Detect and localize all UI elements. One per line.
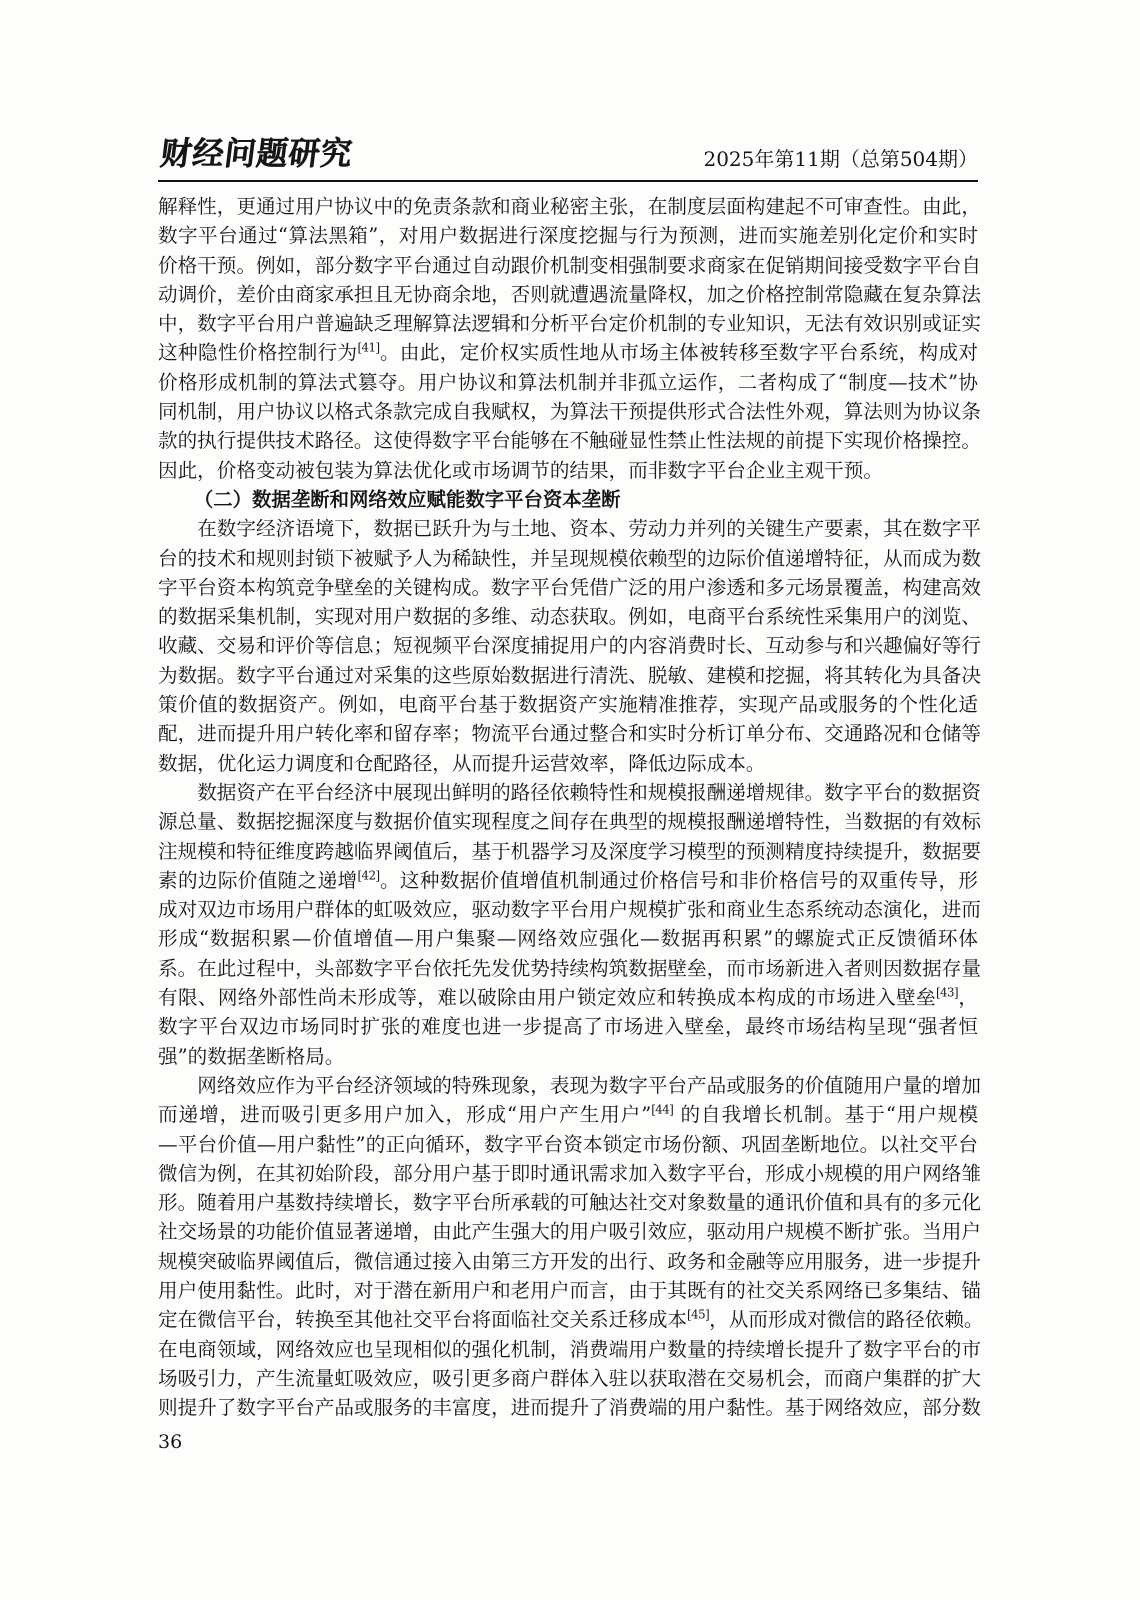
text-line: 收藏、交易和评价等信息；短视频平台深度捕捉用户的内容消费时长、互动参与和兴趣偏好… xyxy=(158,631,978,660)
text-line: 解释性，更通过用户协议中的免责条款和商业秘密主张，在制度层面构建起不可审查性。由… xyxy=(158,192,978,221)
text-line: 中，数字平台用户普遍缺乏理解算法逻辑和分析平台定价机制的专业知识，无法有效识别或… xyxy=(158,309,978,338)
text-line: 强”的数据垄断格局。 xyxy=(158,1042,978,1071)
text-line: —平台价值—用户黏性”的正向循环，数字平台资本锁定市场份额、巩固垄断地位。以社交… xyxy=(158,1130,978,1159)
text-line: 数据，优化运力调度和仓配路径，从而提升运营效率，降低边际成本。 xyxy=(158,749,978,778)
text-line: 形成“数据积累—价值增值—用户集聚—网络效应强化—数据再积累”的螺旋式正反馈循环… xyxy=(158,924,978,953)
text-line: 这种隐性价格控制行为[41]。由此，定价权实质性地从市场主体被转移至数字平台系统… xyxy=(158,338,978,367)
text-line: 价格干预。例如，部分数字平台通过自动跟价机制变相强制要求商家在促销期间接受数字平… xyxy=(158,251,978,280)
text-line: 用户使用黏性。此时，对于潜在新用户和老用户而言，由于其既有的社交关系网络已多集结… xyxy=(158,1276,978,1305)
page-header: 财经问题研究 2025年第11期（总第504期） xyxy=(158,138,978,174)
text-line: 在数字经济语境下，数据已跃升为与土地、资本、劳动力并列的关键生产要素，其在数字平 xyxy=(158,514,978,543)
section-heading: （二）数据垄断和网络效应赋能数字平台资本垄断 xyxy=(158,485,978,514)
journal-page: 财经问题研究 2025年第11期（总第504期） 解释性，更通过用户协议中的免责… xyxy=(0,0,1140,1600)
citation-ref: [41] xyxy=(357,341,379,355)
issue-info: 2025年第11期（总第504期） xyxy=(703,143,978,174)
text-line: 场吸引力，产生流量虹吸效应，吸引更多商户群体入驻以获取潜在交易机会，而商户集群的… xyxy=(158,1364,978,1393)
text-line: 注规模和特征维度跨越临界阈值后，基于机器学习及深度学习模型的预测精度持续提升，数… xyxy=(158,837,978,866)
citation-ref: [45] xyxy=(687,1308,709,1322)
text-line: 动调价，差价由商家承担且无协商余地，否则就遭遇流量降权，加之价格控制常隐藏在复杂… xyxy=(158,280,978,309)
text-line: 在电商领域，网络效应也呈现相似的强化机制，消费端用户数量的持续增长提升了数字平台… xyxy=(158,1335,978,1364)
text-line: 形。随着用户基数持续增长，数字平台所承载的可触达社交对象数量的通讯价值和具有的多… xyxy=(158,1188,978,1217)
text-line: 款的执行提供技术路径。这使得数字平台能够在不触碰显性禁止性法规的前提下实现价格操… xyxy=(158,426,978,455)
page-number: 36 xyxy=(158,1431,978,1453)
text-line: 数据资产在平台经济中展现出鲜明的路径依赖特性和规模报酬递增规律。数字平台的数据资 xyxy=(158,778,978,807)
article-body: 解释性，更通过用户协议中的免责条款和商业秘密主张，在制度层面构建起不可审查性。由… xyxy=(158,192,978,1422)
text-line: 为数据。数字平台通过对采集的这些原始数据进行清洗、脱敏、建模和挖掘，将其转化为具… xyxy=(158,661,978,690)
text-line: 策价值的数据资产。例如，电商平台基于数据资产实施精准推荐，实现产品或服务的个性化… xyxy=(158,690,978,719)
header-rule xyxy=(158,180,978,182)
text-line: 定在微信平台，转换至其他社交平台将面临社交关系迁移成本[45]，从而形成对微信的… xyxy=(158,1305,978,1334)
text-line: 素的边际价值随之递增[42]。这种数据价值增值机制通过价格信号和非价格信号的双重… xyxy=(158,866,978,895)
text-line: 源总量、数据挖掘深度与数据价值实现程度之间存在典型的规模报酬递增特性，当数据的有… xyxy=(158,807,978,836)
text-line: 台的技术和规则封锁下被赋予人为稀缺性，并呈现规模依赖型的边际价值递增特征，从而成… xyxy=(158,544,978,573)
text-line: 成对双边市场用户群体的虹吸效应，驱动数字平台用户规模扩张和商业生态系统动态演化，… xyxy=(158,895,978,924)
text-line: 有限、网络外部性尚未形成等，难以破除由用户锁定效应和转换成本构成的市场进入壁垒[… xyxy=(158,983,978,1012)
text-line: 字平台资本构筑竞争壁垒的关键构成。数字平台凭借广泛的用户渗透和多元场景覆盖，构建… xyxy=(158,573,978,602)
text-line: 微信为例，在其初始阶段，部分用户基于即时通讯需求加入数字平台，形成小规模的用户网… xyxy=(158,1159,978,1188)
text-line: 系。在此过程中，头部数字平台依托先发优势持续构筑数据壁垒，而市场新进入者则因数据… xyxy=(158,954,978,983)
text-line: 网络效应作为平台经济领域的特殊现象，表现为数字平台产品或服务的价值随用户量的增加 xyxy=(158,1071,978,1100)
citation-ref: [42] xyxy=(357,868,379,882)
text-line: 配，进而提升用户转化率和留存率；物流平台通过整合和实时分析订单分布、交通路况和仓… xyxy=(158,719,978,748)
citation-ref: [43] xyxy=(936,985,958,999)
page-footer: 36 xyxy=(158,1431,978,1453)
text-line: 社交场景的功能价值显著递增，由此产生强大的用户吸引效应，驱动用户规模不断扩张。当… xyxy=(158,1217,978,1246)
journal-logo: 财经问题研究 xyxy=(158,127,356,174)
text-line: 同机制，用户协议以格式条款完成自我赋权，为算法干预提供形式合法性外观，算法则为协… xyxy=(158,397,978,426)
citation-ref: [44] xyxy=(651,1103,673,1117)
text-line: 价格形成机制的算法式篡夺。用户协议和算法机制并非孤立运作，二者构成了“制度—技术… xyxy=(158,368,978,397)
text-line: 则提升了数字平台产品或服务的丰富度，进而提升了消费端的用户黏性。基于网络效应，部… xyxy=(158,1393,978,1422)
text-line: 的数据采集机制，实现对用户数据的多维、动态获取。例如，电商平台系统性采集用户的浏… xyxy=(158,602,978,631)
text-line: 数字平台双边市场同时扩张的难度也进一步提高了市场进入壁垒，最终市场结构呈现“强者… xyxy=(158,1012,978,1041)
text-line: 数字平台通过“算法黑箱”，对用户数据进行深度挖掘与行为预测，进而实施差别化定价和… xyxy=(158,221,978,250)
text-line: 规模突破临界阈值后，微信通过接入由第三方开发的出行、政务和金融等应用服务，进一步… xyxy=(158,1247,978,1276)
text-line: 而递增，进而吸引更多用户加入，形成“用户产生用户”[44] 的自我增长机制。基于… xyxy=(158,1100,978,1129)
text-line: 因此，价格变动被包装为算法优化或市场调节的结果，而非数字平台企业主观干预。 xyxy=(158,456,978,485)
